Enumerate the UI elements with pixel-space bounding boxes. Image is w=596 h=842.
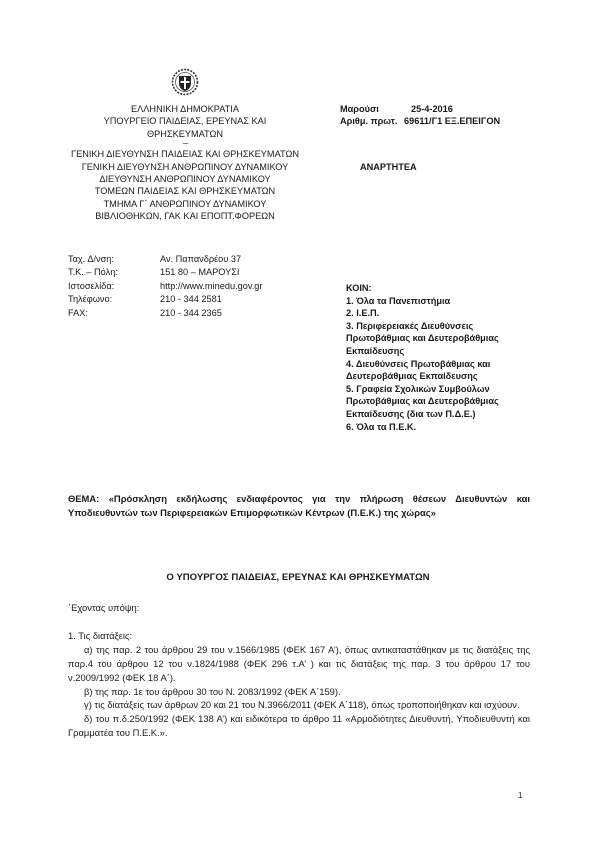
recipient-line: 3. Περιφερειακές Διευθύνσεις — [346, 320, 546, 333]
recipient-line: 1. Όλα τα Πανεπιστήμια — [346, 295, 546, 308]
subject-line: ΘΕΜΑ: «Πρόσκληση εκδήλωσης ενδιαφέροντος… — [68, 492, 530, 520]
provision-item: α) της παρ. 2 του άρθρου 29 του ν.1566/1… — [68, 643, 530, 685]
place-label: Μαρούσι — [340, 103, 411, 115]
provision-item: β) της παρ. 1ε του άρθρου 30 του Ν. 2083… — [68, 685, 530, 699]
minister-heading: Ο ΥΠΟΥΡΓΟΣ ΠΑΙΔΕΙΑΣ, ΕΡΕΥΝΑΣ ΚΑΙ ΘΡΗΣΚΕΥ… — [60, 572, 536, 583]
issuer-separator: ----- — [52, 140, 318, 148]
date-protocol-block: Μαρούσι 25-4-2016 Αριθμ. πρωτ. 69611/Γ1 … — [340, 103, 500, 128]
protocol-number: 69611/Γ1 ΕΞ.ΕΠΕΙΓΟΝ — [404, 115, 500, 127]
posting-label: ΑΝΑΡΤΗΤΕΑ — [360, 162, 417, 172]
contact-value: Αν. Παπανδρέου 37 — [160, 253, 241, 266]
recipients-block: ΚΟΙΝ: 1. Όλα τα Πανεπιστήμια 2. Ι.Ε.Π. 3… — [346, 282, 546, 433]
issuer-line: ΤΜΗΜΑ Γ΄ ΑΝΘΡΩΠΙΝΟΥ ΔΥΝΑΜΙΚΟΥ — [52, 198, 318, 210]
considering-line: ΄Εχοντας υπόψη: — [68, 601, 530, 615]
issuer-line: ΓΕΝΙΚΗ ΔΙΕΥΘΥΝΣΗ ΠΑΙΔΕΙΑΣ ΚΑΙ ΘΡΗΣΚΕΥΜΑΤ… — [52, 148, 318, 160]
recipient-line: Εκπαίδευσης (δια των Π.Δ.Ε.) — [346, 408, 546, 421]
issuer-line: ΥΠΟΥΡΓΕΙΟ ΠΑΙΔΕΙΑΣ, ΕΡΕΥΝΑΣ ΚΑΙ — [52, 115, 318, 127]
website-link[interactable]: http://www.minedu.gov.gr — [160, 280, 262, 293]
contact-value: 210 - 344 2365 — [160, 307, 222, 320]
recipients-title: ΚΟΙΝ: — [346, 282, 546, 295]
recipient-line: 2. Ι.Ε.Π. — [346, 307, 546, 320]
recipient-line: Πρωτοβάθμιας και Δευτεροβάθμιας — [346, 332, 546, 345]
recipient-line: 4. Διευθύνσεις Πρωτοβάθμιας και — [346, 358, 546, 371]
issuer-line: ΕΛΛΗΝΙΚΗ ΔΗΜΟΚΡΑΤΙΑ — [52, 103, 318, 115]
contact-label: Τηλέφωνο: — [68, 293, 160, 306]
contact-label: Ιστοσελίδα: — [68, 280, 160, 293]
issuer-line: ΤΟΜΕΩΝ ΠΑΙΔΕΙΑΣ ΚΑΙ ΘΡΗΣΚΕΥΜΑΤΩΝ — [52, 185, 318, 197]
provision-item: γ) τις διατάξεις των άρθρων 20 και 21 το… — [68, 698, 530, 712]
recipient-line: 6. Όλα τα Π.Ε.Κ. — [346, 421, 546, 434]
recipient-line: Εκπαίδευσης — [346, 345, 546, 358]
recipient-line: Δευτεροβάθμιας Εκπαίδευσης — [346, 370, 546, 383]
contact-label: Ταχ. Δ/νση: — [68, 253, 160, 266]
provision-item: δ) του π.δ.250/1992 (ΦΕΚ 138 Α’) και ειδ… — [68, 712, 530, 740]
issuer-line: ΘΡΗΣΚΕΥΜΑΤΩΝ — [52, 128, 318, 140]
protocol-label: Αριθμ. πρωτ. — [340, 115, 404, 127]
page-number: 1 — [518, 791, 522, 800]
contact-block: Ταχ. Δ/νση:Αν. Παπανδρέου 37 Τ.Κ. – Πόλη… — [68, 253, 262, 320]
issuer-line: ΓΕΝΙΚΗ ΔΙΕΥΘΥΝΣΗ ΑΝΘΡΩΠΙΝΟΥ ΔΥΝΑΜΙΚΟΥ — [52, 161, 318, 173]
document-body: ΄Εχοντας υπόψη: 1. Τις διατάξεις: α) της… — [68, 601, 530, 740]
contact-label: Τ.Κ. – Πόλη: — [68, 266, 160, 279]
contact-label: FAX: — [68, 307, 160, 320]
section-heading: 1. Τις διατάξεις: — [68, 629, 530, 643]
issuer-line: ΒΙΒΛΙΟΘΗΚΩΝ, ΓΑΚ ΚΑΙ ΕΠΟΠΤ.ΦΟΡΕΩΝ — [52, 210, 318, 222]
issuer-line: ΔΙΕΥΘΥΝΣΗ ΑΝΘΡΩΠΙΝΟΥ ΔΥΝΑΜΙΚΟΥ — [52, 173, 318, 185]
contact-value: 210 - 344 2581 — [160, 293, 222, 306]
greek-coat-of-arms-icon — [171, 68, 199, 96]
contact-value: 151 80 – ΜΑΡΟΥΣΙ — [160, 266, 239, 279]
recipient-line: 5. Γραφεία Σχολικών Συμβούλων — [346, 383, 546, 396]
document-date: 25-4-2016 — [411, 103, 453, 115]
recipient-line: Πρωτοβάθμιας και Δευτεροβάθμιας — [346, 395, 546, 408]
issuer-block: ΕΛΛΗΝΙΚΗ ΔΗΜΟΚΡΑΤΙΑ ΥΠΟΥΡΓΕΙΟ ΠΑΙΔΕΙΑΣ, … — [52, 103, 318, 223]
